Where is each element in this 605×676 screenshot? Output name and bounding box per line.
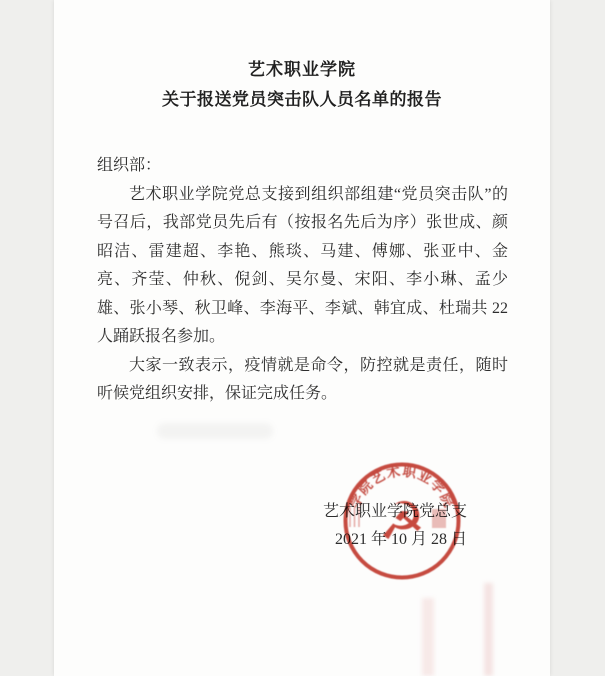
body-paragraph-1: 艺术职业学院党总支接到组织部组建“党员突击队”的号召后，我部党员先后有（按报名先… — [97, 181, 508, 352]
ink-streak — [422, 598, 434, 676]
document-subtitle: 关于报送党员突击队人员名单的报告 — [54, 88, 550, 112]
signature-block: 艺术职业学院党总支 2021 年 10 月 28 日 — [54, 498, 467, 555]
salutation: 组织部： — [97, 152, 508, 181]
date-line: 2021 年 10 月 28 日 — [54, 526, 467, 555]
signature-line: 艺术职业学院党总支 — [54, 498, 467, 527]
body-paragraph-2: 大家一致表示，疫情就是命令，防控就是责任，随时听候党组织安排，保证完成任务。 — [97, 352, 508, 409]
scan-viewport: 艺术职业学院 关于报送党员突击队人员名单的报告 组织部： 艺术职业学院党总支接到… — [0, 0, 605, 676]
document-title: 艺术职业学院 — [54, 58, 550, 82]
document-page: 艺术职业学院 关于报送党员突击队人员名单的报告 组织部： 艺术职业学院党总支接到… — [54, 0, 550, 676]
ink-smudge — [157, 423, 273, 439]
ink-streak — [484, 583, 493, 676]
document-body: 组织部： 艺术职业学院党总支接到组织部组建“党员突击队”的号召后，我部党员先后有… — [97, 152, 508, 409]
